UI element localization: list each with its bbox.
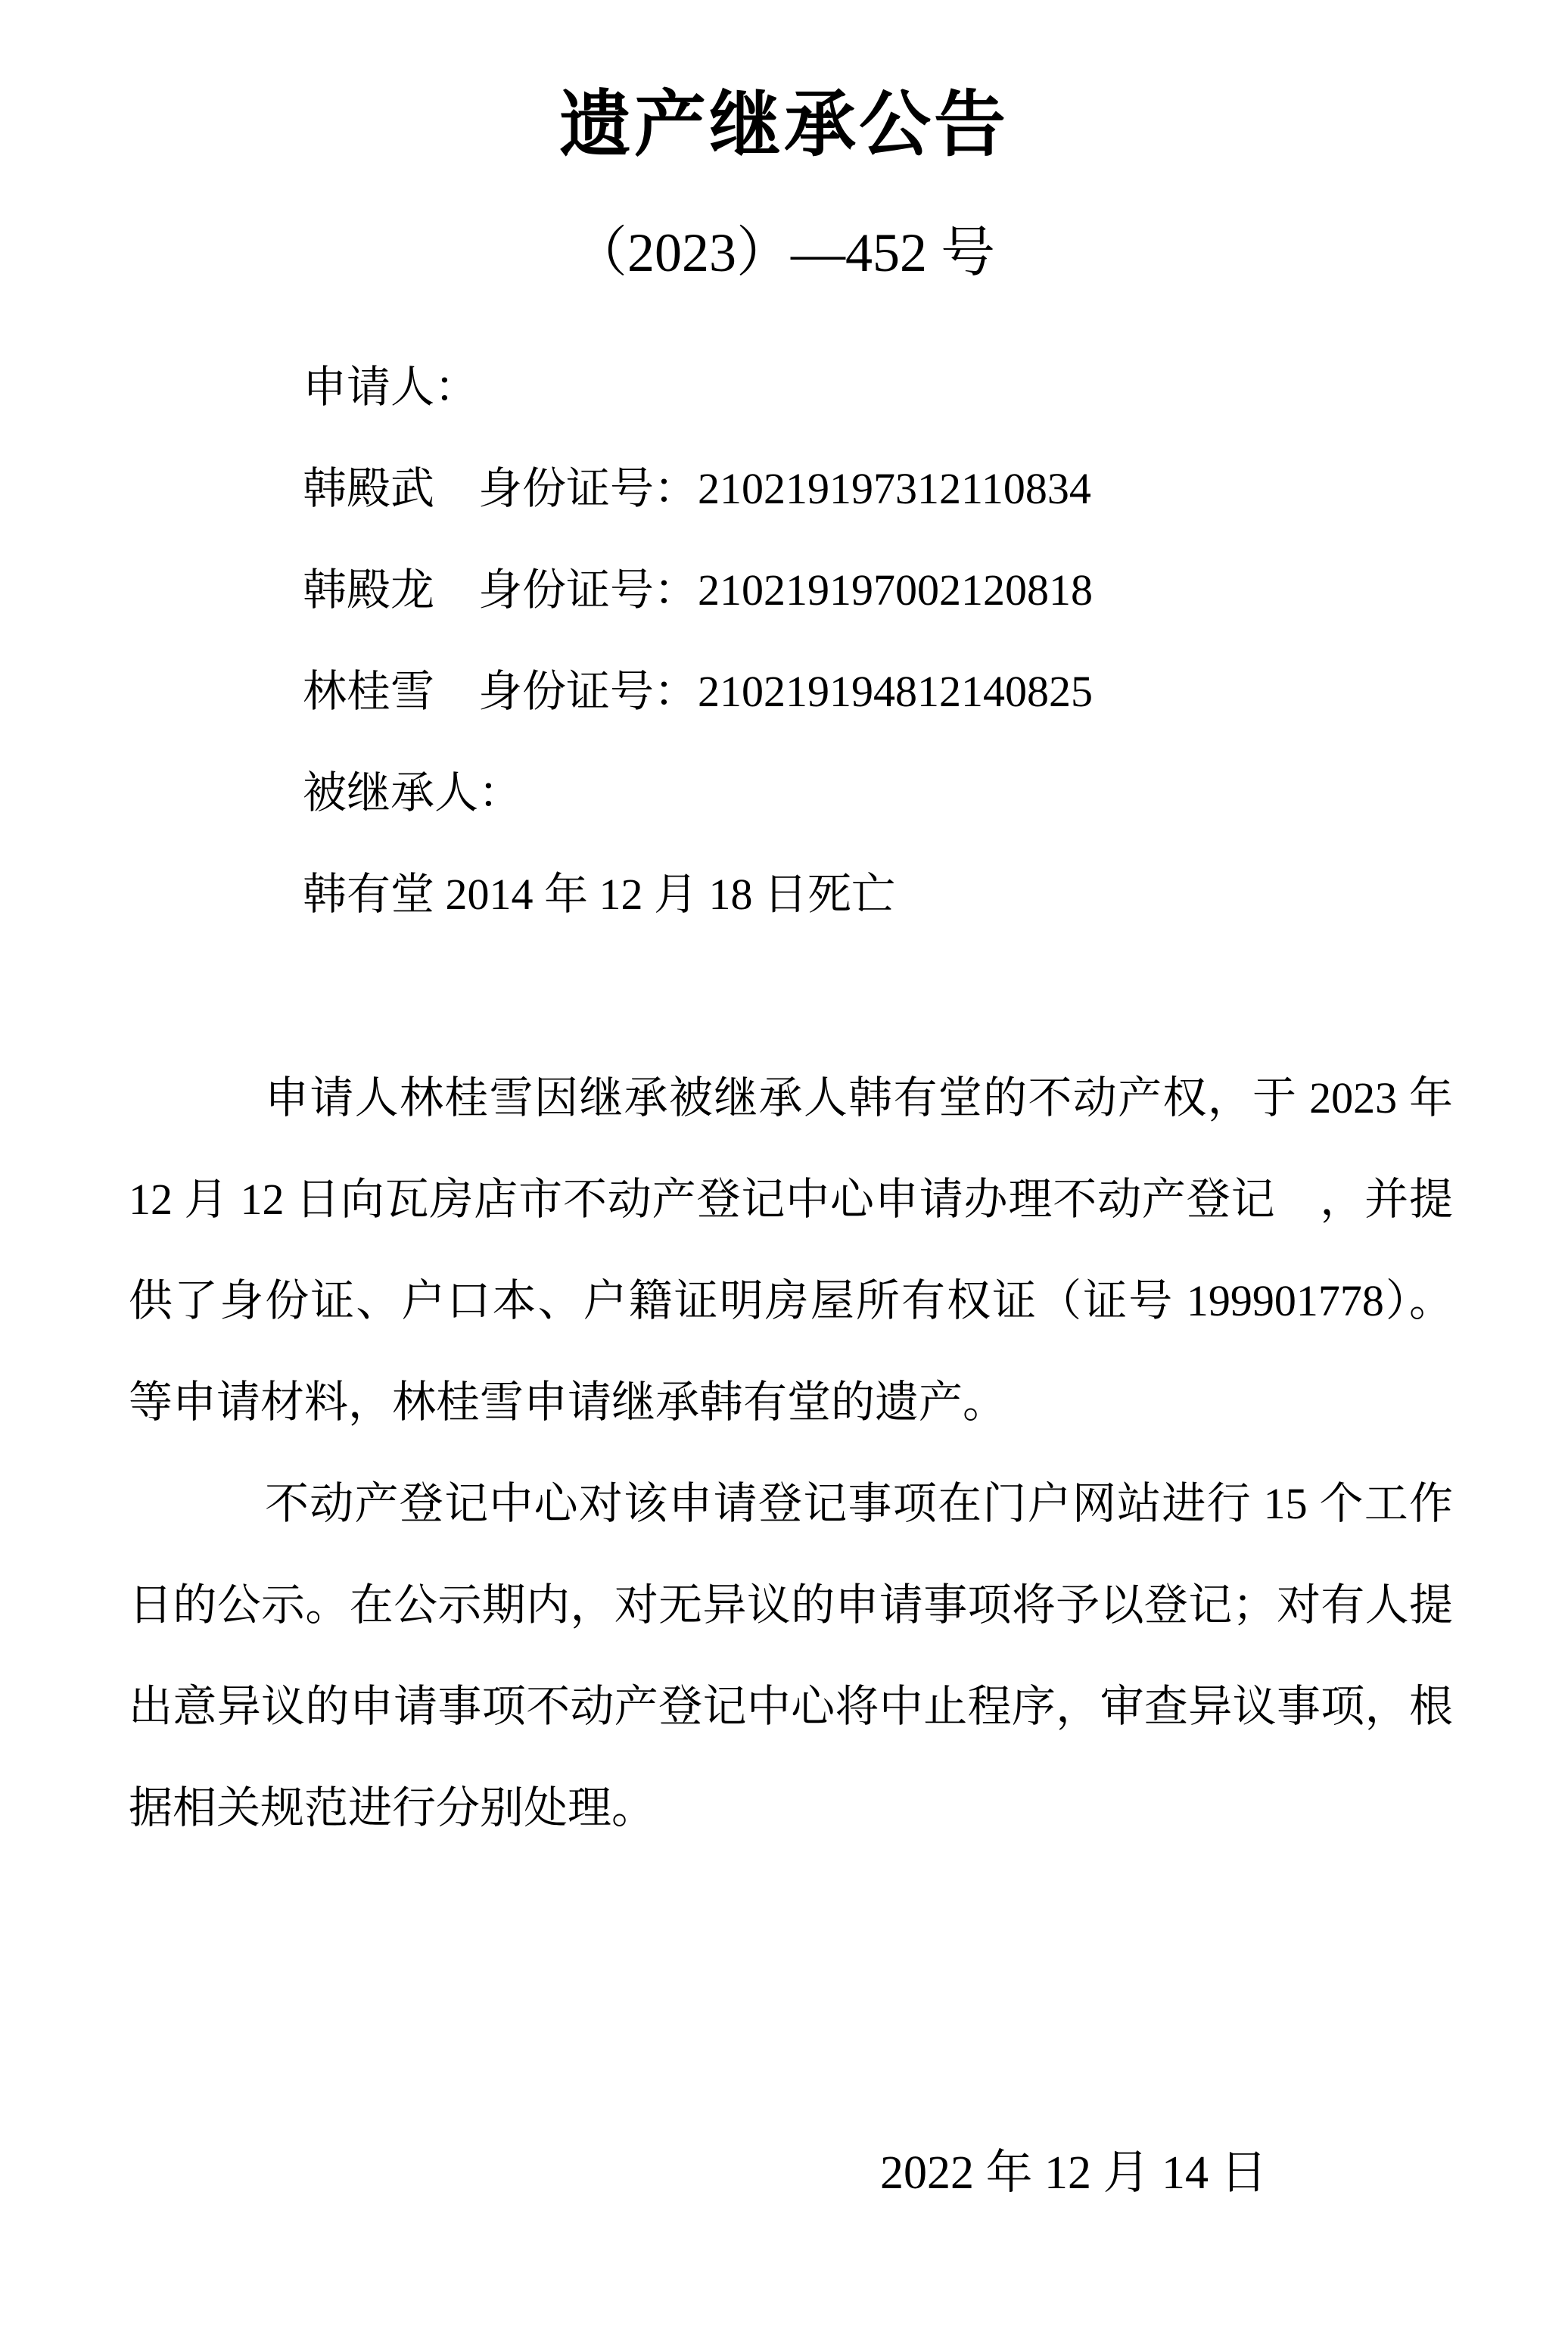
document-body: 申请人林桂雪因继承被继承人韩有堂的不动产权，于 2023 年 12 月 12 日…	[129, 1048, 1453, 1859]
id-number-label: 身份证号：	[478, 667, 698, 716]
decedent-info: 韩有堂 2014 年 12 月 18 日死亡	[303, 844, 1453, 945]
applicant-name: 韩殿龙	[303, 565, 434, 615]
paragraph-line: 供了身份证、户口本、户籍证明房屋所有权证（证号 199901778）。	[129, 1250, 1453, 1352]
paragraph-line: 12 月 12 日向瓦房店市不动产登记中心申请办理不动产登记 ，并提	[129, 1149, 1453, 1250]
id-number-value: 210219197312110834	[698, 464, 1091, 513]
decedent-label: 被继承人：	[303, 743, 1453, 844]
document-page: 遗产继承公告 （2023）—452 号 申请人： 韩殿武身份证号：2102191…	[0, 0, 1568, 2332]
id-number-label: 身份证号：	[478, 565, 698, 615]
id-number-value: 210219194812140825	[698, 667, 1093, 716]
paragraph-line: 等申请材料，林桂雪申请继承韩有堂的遗产。	[129, 1352, 1453, 1453]
paragraph-line: 不动产登记中心对该申请登记事项在门户网站进行 15 个工作	[129, 1453, 1453, 1555]
paragraph-publicity: 不动产登记中心对该申请登记事项在门户网站进行 15 个工作 日的公示。在公示期内…	[129, 1453, 1453, 1859]
applicant-name: 韩殿武	[303, 464, 434, 513]
applicant-block: 申请人： 韩殿武身份证号：210219197312110834 韩殿龙身份证号：…	[303, 337, 1453, 945]
id-number-value: 210219197002120818	[698, 565, 1093, 615]
applicant-row: 林桂雪身份证号：210219194812140825	[303, 641, 1453, 743]
document-title: 遗产继承公告	[0, 89, 1568, 161]
paragraph-application: 申请人林桂雪因继承被继承人韩有堂的不动产权，于 2023 年 12 月 12 日…	[129, 1048, 1453, 1453]
applicant-label: 申请人：	[303, 337, 1453, 438]
paragraph-line: 据相关规范进行分别处理。	[129, 1758, 1453, 1859]
applicant-row: 韩殿龙身份证号：210219197002120818	[303, 540, 1453, 641]
paragraph-line: 申请人林桂雪因继承被继承人韩有堂的不动产权，于 2023 年	[129, 1048, 1453, 1149]
id-number-label: 身份证号：	[478, 464, 698, 513]
applicant-name: 林桂雪	[303, 667, 434, 716]
applicant-row: 韩殿武身份证号：210219197312110834	[303, 438, 1453, 540]
paragraph-line: 日的公示。在公示期内，对无异议的申请事项将予以登记；对有人提	[129, 1555, 1453, 1656]
case-number: （2023）—452 号	[0, 226, 1568, 280]
paragraph-line: 出意异议的申请事项不动产登记中心将中止程序，审查异议事项，根	[129, 1656, 1453, 1758]
document-date: 2022 年 12 月 14 日	[880, 2135, 1568, 2211]
